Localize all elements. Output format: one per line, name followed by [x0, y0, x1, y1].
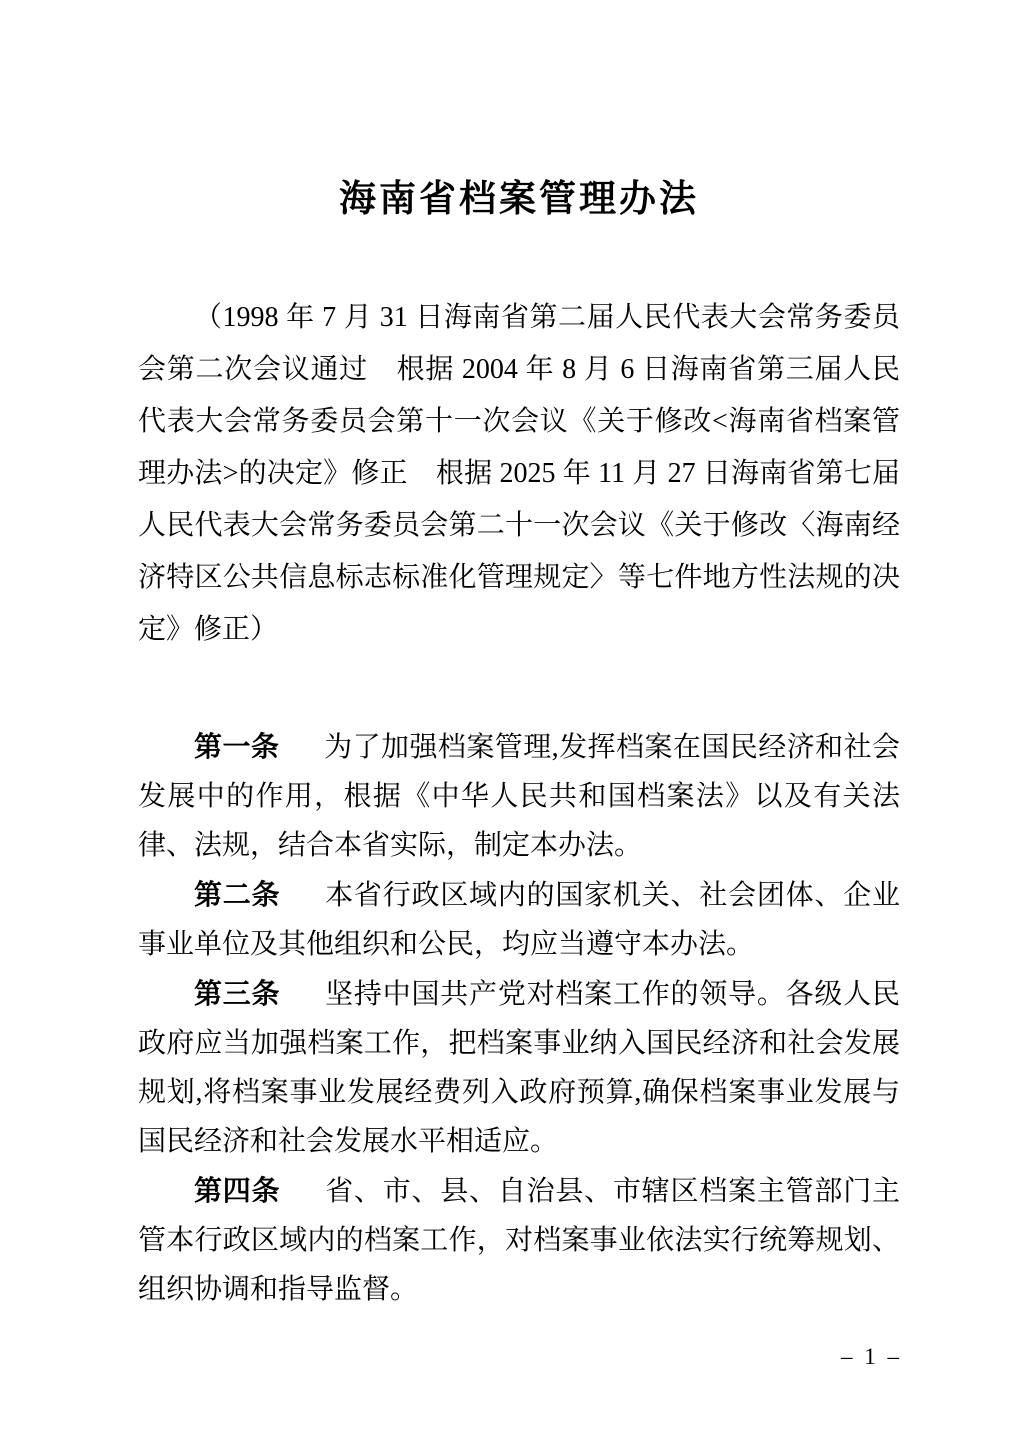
document-title: 海南省档案管理办法: [138, 178, 900, 222]
document-content: 海南省档案管理办法 （1998 年 7 月 31 日海南省第二届人民代表大会常务…: [138, 0, 900, 1314]
article-paragraph: 第二条本省行政区域内的国家机关、社会团体、企业事业单位及其他组织和公民，均应当遵…: [138, 870, 900, 969]
articles-section: 第一条为了加强档案管理,发挥档案在国民经济和社会发展中的作用，根据《中华人民共和…: [138, 722, 900, 1314]
article-paragraph: 第四条省、市、县、自治县、市辖区档案主管部门主管本行政区域内的档案工作，对档案事…: [138, 1166, 900, 1314]
article-paragraph: 第一条为了加强档案管理,发挥档案在国民经济和社会发展中的作用，根据《中华人民共和…: [138, 722, 900, 870]
article-number: 第二条: [194, 879, 280, 910]
document-page: 海南省档案管理办法 （1998 年 7 月 31 日海南省第二届人民代表大会常务…: [0, 0, 1024, 1448]
article-number: 第四条: [194, 1175, 280, 1206]
page-number: – 1 –: [841, 1344, 902, 1370]
article-number: 第一条: [194, 731, 279, 762]
article-number: 第三条: [194, 978, 280, 1009]
preamble-paragraph: （1998 年 7 月 31 日海南省第二届人民代表大会常务委员会第二次会议通过…: [138, 292, 900, 656]
article-paragraph: 第三条坚持中国共产党对档案工作的领导。各级人民政府应当加强档案工作，把档案事业纳…: [138, 969, 900, 1166]
